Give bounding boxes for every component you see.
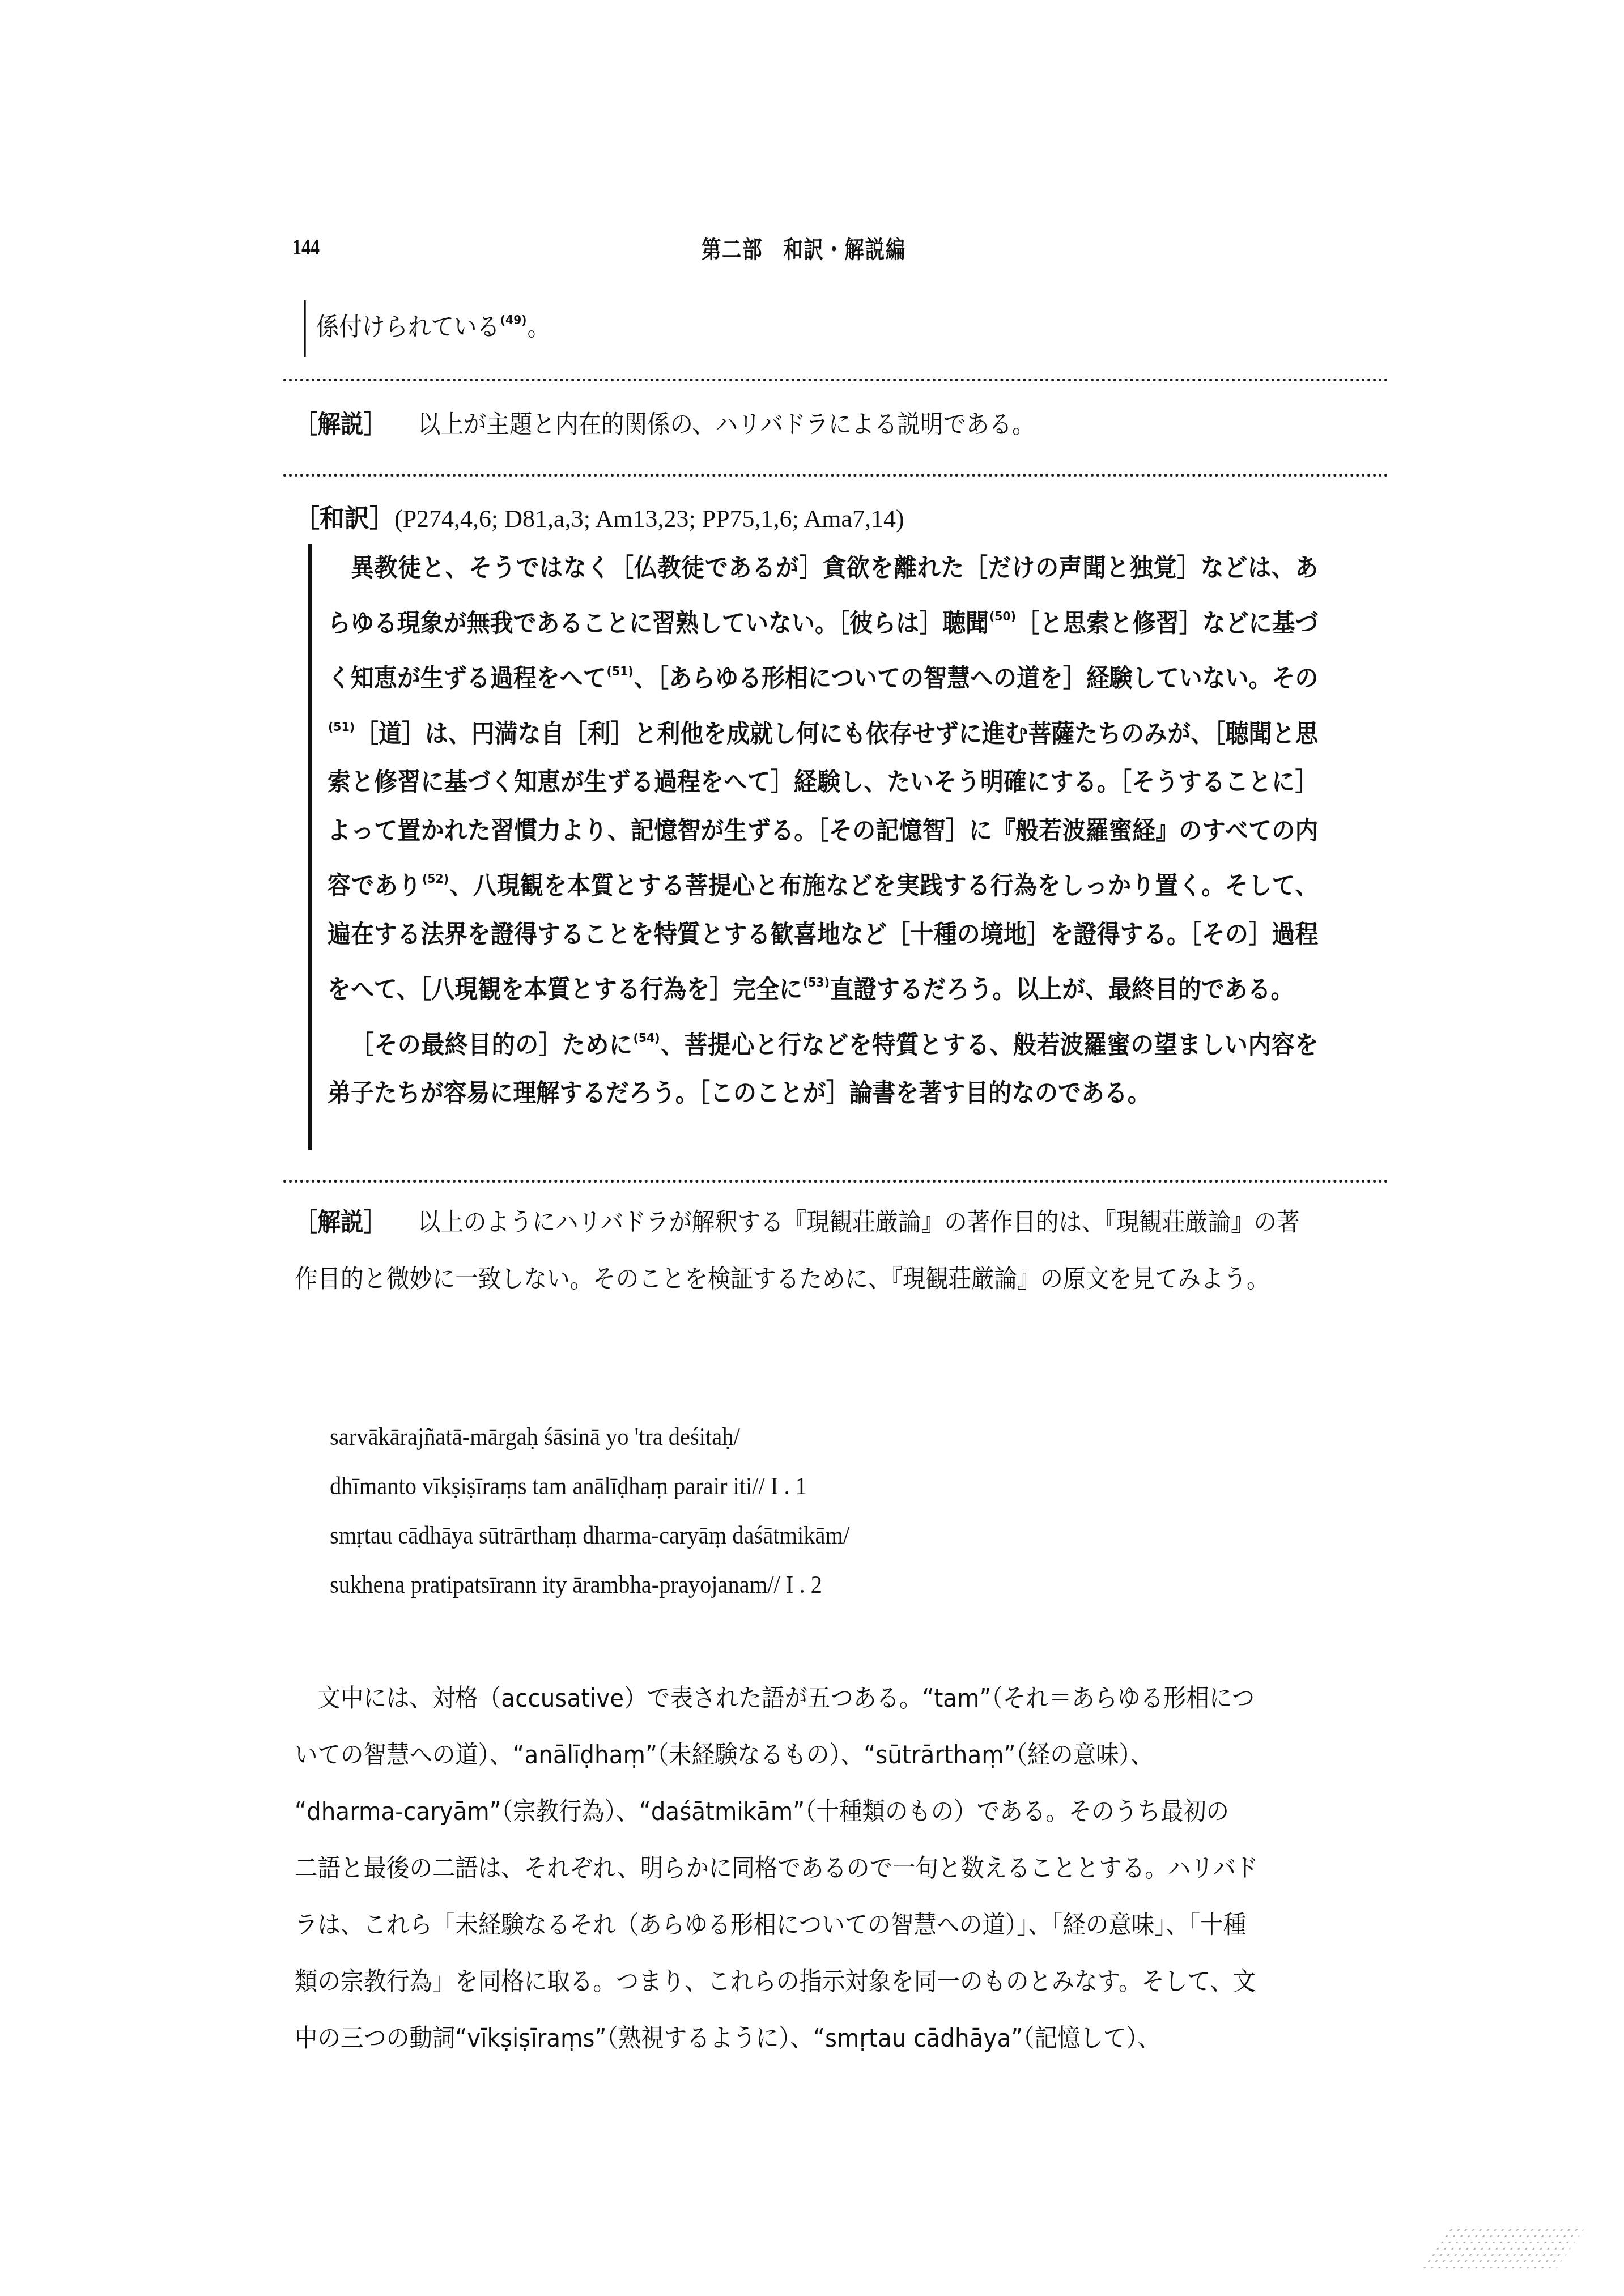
body-line: ラは、これら「未経験なるそれ（あらゆる形相についての智慧への道）」、「経の意味」… [295,1897,1301,1954]
source-references: (P274,4,6; D81,a,3; Am13,23; PP75,1,6; A… [394,505,904,533]
footnote-ref: (54) [633,1031,660,1045]
commentary-label: ［解説］ [295,410,386,439]
sanskrit-verses: sarvākārajñatā-mārgaḥ śāsinā yo 'tra deś… [330,1412,849,1609]
commentary-text: 以上のようにハリバドラが解釈する『現観荘厳論』の著作目的は、『現観荘厳論』の著作… [295,1208,1300,1294]
continued-line-text: 係付けられている [316,313,500,342]
body-line: 二語と最後の二語は、それぞれ、明らかに同格であるので一句と数えることとする。ハリ… [295,1840,1301,1897]
body-line: 類の宗教行為」を同格に取る。つまり、これらの指示対象を同一のものとみなす。そして… [295,1954,1301,2010]
footnote-ref: (52) [422,872,449,886]
text-segment: 、［あらゆる形相についての智慧への道を］経験していない。その [634,664,1319,693]
translation-paragraph-2: ［その最終目的の］ために(54)、菩提心と行などを特質とする、般若波羅蜜の望まし… [328,1014,1318,1118]
commentary-text: 以上が主題と内在的関係の、ハリバドラによる説明である。 [418,410,1035,439]
translation-label: ［和訳］ [295,504,394,533]
running-head: 第二部 和訳・解説編 [702,231,906,265]
body-line: 文中には、対格（accusative）で表された語が五つある。“tam”（それ＝… [295,1670,1301,1727]
body-line: いての智慧への道）、“anālīḍhaṃ”（未経験なるもの）、“sūtrārth… [295,1727,1301,1784]
body-line: 中の三つの動詞“vīkṣiṣīraṃs”（熟視するように）、“smṛtau cā… [295,2010,1301,2067]
translation-text: 異教徒と、そうではなく［仏教徒であるが］貪欲を離れた［だけの声聞と独覚］などは、… [328,544,1318,1118]
verse-line: smṛtau cādhāya sūtrārthaṃ dharma-caryāṃ … [330,1511,849,1560]
text-segment: ［その最終目的の］ために [351,1031,633,1060]
commentary-section-2: ［解説］以上のようにハリバドラが解釈する『現観荘厳論』の著作目的は、『現観荘厳論… [295,1194,1301,1308]
footnote-ref: (51) [328,720,355,734]
continued-line-end: 。 [527,313,550,342]
page-number: 144 [292,233,320,260]
translation-paragraph-1: 異教徒と、そうではなく［仏教徒であるが］貪欲を離れた［だけの声聞と独覚］などは、… [328,544,1318,1014]
commentary-section-1: ［解説］以上が主題と内在的関係の、ハリバドラによる説明である。 [295,397,1301,453]
footnote-ref: (51) [607,665,634,679]
commentary-label: ［解説］ [295,1208,386,1237]
translation-block: 異教徒と、そうではなく［仏教徒であるが］貪欲を離れた［だけの声聞と独覚］などは、… [308,544,1394,1150]
dashed-divider [283,1180,1388,1183]
footnote-ref: (50) [989,610,1016,624]
footnote-ref: (49) [500,313,527,328]
dashed-divider [283,474,1388,477]
body-line: “dharma-caryām”（宗教行為）、“daśātmikām”（十種類のも… [295,1784,1301,1840]
verse-line: sarvākārajñatā-mārgaḥ śāsinā yo 'tra deś… [330,1412,849,1461]
footnote-ref: (53) [803,976,830,990]
verse-line: sukhena pratipatsīrann ity ārambha-prayo… [330,1560,849,1609]
text-segment: 直證するだろう。以上が、最終目的である。 [830,975,1294,1004]
body-text: 文中には、対格（accusative）で表された語が五つある。“tam”（それ＝… [295,1670,1301,2067]
continued-translation-line: 係付けられている(49)。 [304,300,550,357]
verse-line: dhīmanto vīkṣiṣīraṃs tam anālīḍhaṃ parai… [330,1461,849,1511]
scan-speckle [1418,2227,1585,2272]
dashed-divider [283,379,1388,381]
translation-header: ［和訳］(P274,4,6; D81,a,3; Am13,23; PP75,1,… [295,499,904,539]
